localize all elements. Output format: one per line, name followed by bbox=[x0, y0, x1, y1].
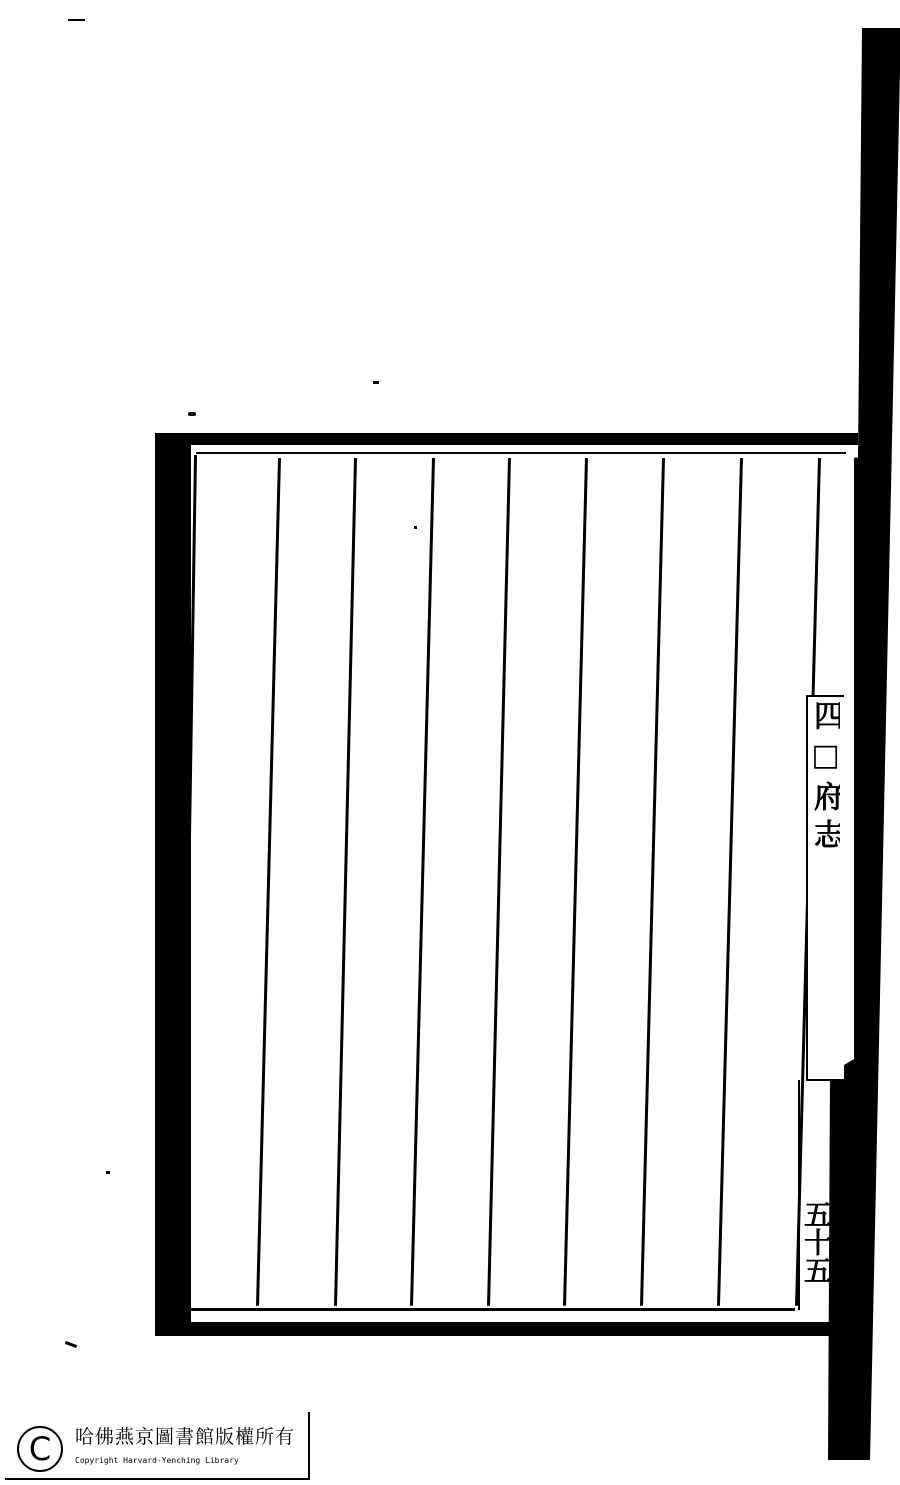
column-rule bbox=[717, 458, 743, 1306]
stray-mark bbox=[373, 381, 379, 384]
frame-bottom-border bbox=[155, 1322, 835, 1336]
column-rule bbox=[563, 458, 588, 1306]
column-rule bbox=[487, 458, 511, 1306]
copyright-icon: C bbox=[17, 1426, 63, 1472]
column-rule bbox=[640, 458, 665, 1306]
book-title: 四□府志 bbox=[810, 700, 840, 857]
stray-mark bbox=[65, 1341, 77, 1348]
copyright-chinese: 哈佛燕京圖書館版權所有 bbox=[75, 1422, 295, 1449]
inner-frame-top bbox=[196, 452, 846, 454]
column-rule bbox=[410, 458, 435, 1306]
copyright-stamp: C 哈佛燕京圖書館版權所有 Copyright Harvard-Yenching… bbox=[5, 1412, 310, 1480]
inner-frame-bottom bbox=[175, 1308, 795, 1311]
stray-mark bbox=[68, 19, 85, 21]
stray-mark bbox=[188, 412, 196, 416]
frame-left-border bbox=[155, 433, 191, 1335]
column-rule bbox=[256, 458, 281, 1306]
copyright-english: Copyright Harvard-Yenching Library bbox=[75, 1456, 239, 1465]
page-number: 五十五 bbox=[800, 1200, 830, 1284]
stray-mark bbox=[106, 1171, 110, 1174]
stray-mark bbox=[414, 526, 417, 529]
column-rule bbox=[334, 458, 357, 1306]
frame-top-border bbox=[178, 433, 858, 445]
